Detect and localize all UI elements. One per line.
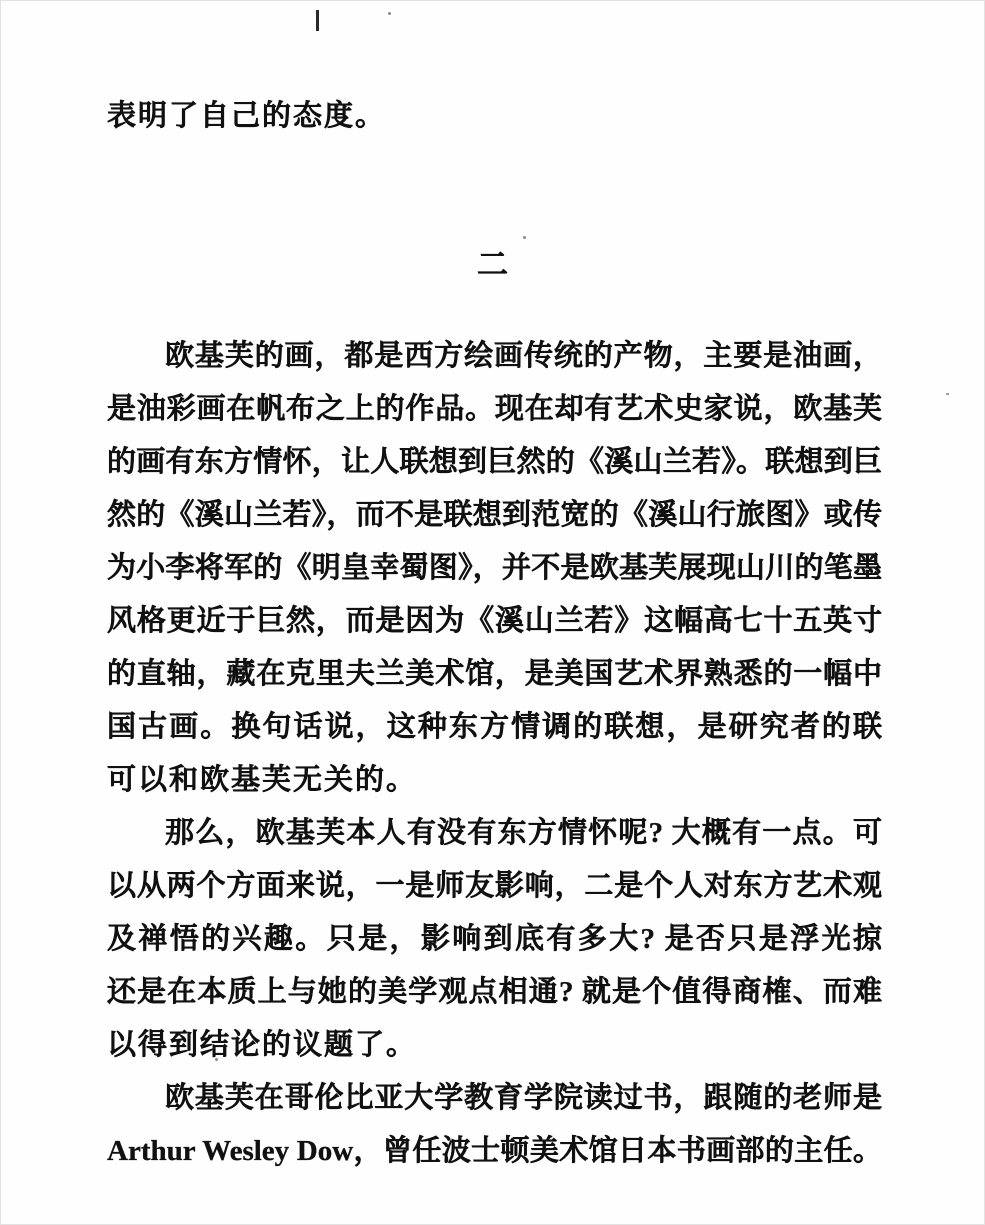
body-text: 欧基芙的画，都是西方绘画传统的产物，主要是油画， 是油彩画在帆布之上的作品。现在… bbox=[107, 330, 882, 1178]
text-line: 那么，欧基芙本人有没有东方情怀呢? 大概有一点。可 bbox=[107, 807, 882, 860]
text-line: 是油彩画在帆布之上的作品。现在却有艺术史家说，欧基芙 bbox=[107, 383, 882, 436]
scan-speck bbox=[523, 236, 526, 239]
scan-artifact-tick bbox=[316, 10, 319, 31]
text-line: Arthur Wesley Dow，曾任波士顿美术馆日本书画部的主任。 bbox=[107, 1125, 882, 1178]
paragraph-1: 欧基芙的画，都是西方绘画传统的产物，主要是油画， 是油彩画在帆布之上的作品。现在… bbox=[107, 330, 882, 807]
text-line: 然的《溪山兰若》，而不是联想到范宽的《溪山行旅图》或传 bbox=[107, 489, 882, 542]
text-line: 以从两个方面来说，一是师友影响，二是个人对东方艺术观 bbox=[107, 860, 882, 913]
carryover-paragraph-line: 表明了自己的态度。 bbox=[107, 96, 386, 136]
scanned-book-page: 表明了自己的态度。 二 欧基芙的画，都是西方绘画传统的产物，主要是油画， 是油彩… bbox=[0, 0, 985, 1225]
text-line: 国古画。换句话说，这种东方情调的联想，是研究者的联想， bbox=[107, 701, 882, 754]
text-line: 欧基芙的画，都是西方绘画传统的产物，主要是油画， bbox=[107, 330, 882, 383]
text-line: 可以和欧基芙无关的。 bbox=[107, 754, 882, 807]
text-line: 的画有东方情怀，让人联想到巨然的《溪山兰若》。联想到巨 bbox=[107, 436, 882, 489]
scan-speck bbox=[946, 393, 949, 395]
paragraph-2: 那么，欧基芙本人有没有东方情怀呢? 大概有一点。可 以从两个方面来说，一是师友影… bbox=[107, 807, 882, 1072]
text-line: 还是在本质上与她的美学观点相通? 就是个值得商榷、而难 bbox=[107, 966, 882, 1019]
text-line: 风格更近于巨然，而是因为《溪山兰若》这幅高七十五英寸 bbox=[107, 595, 882, 648]
text-line: 以得到结论的议题了。 bbox=[107, 1019, 882, 1072]
section-heading: 二 bbox=[0, 243, 985, 287]
text-line: 欧基芙在哥伦比亚大学教育学院读过书，跟随的老师是 bbox=[107, 1072, 882, 1125]
text-line: 的直轴，藏在克里夫兰美术馆，是美国艺术界熟悉的一幅中 bbox=[107, 648, 882, 701]
text-line: 为小李将军的《明皇幸蜀图》，并不是欧基芙展现山川的笔墨 bbox=[107, 542, 882, 595]
paragraph-3: 欧基芙在哥伦比亚大学教育学院读过书，跟随的老师是 Arthur Wesley D… bbox=[107, 1072, 882, 1178]
text-line: 及禅悟的兴趣。只是，影响到底有多大? 是否只是浮光掠影， bbox=[107, 913, 882, 966]
scan-speck bbox=[388, 12, 391, 15]
